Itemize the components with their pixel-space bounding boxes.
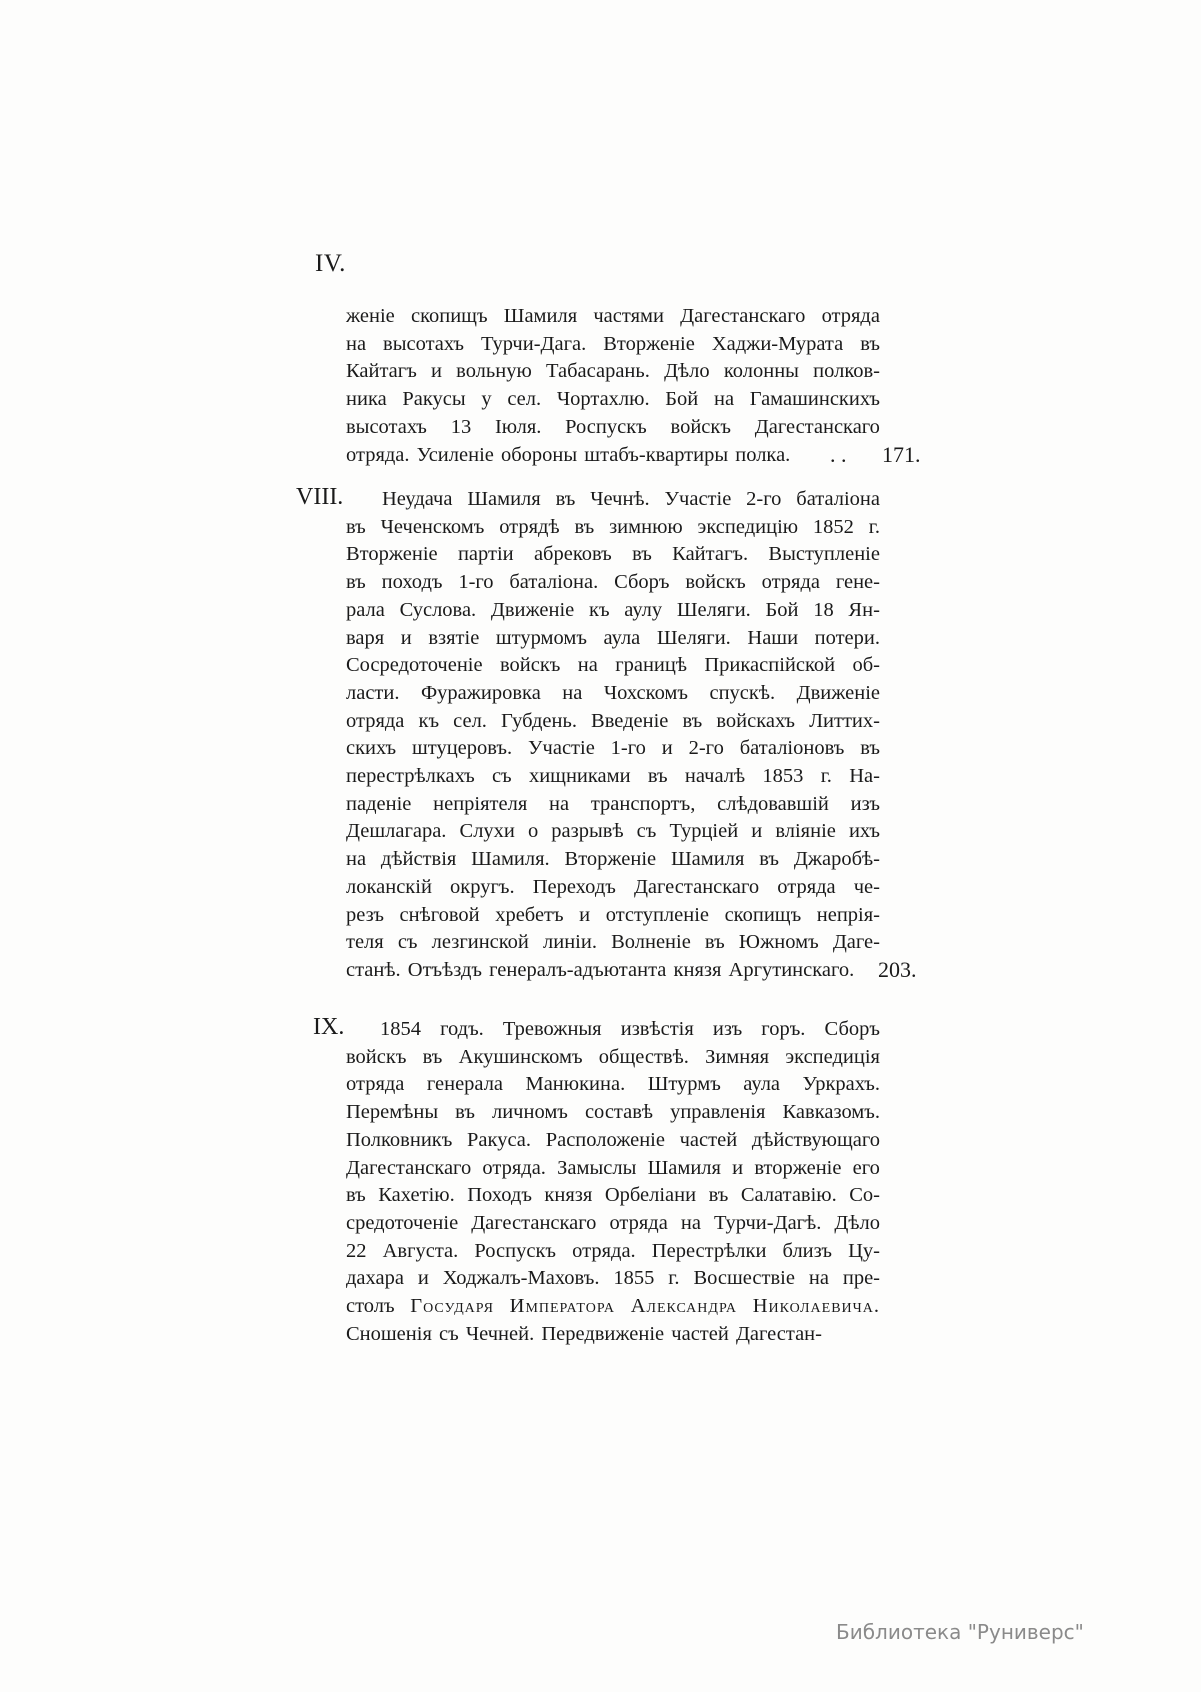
toc-line: Дагестанскагоотряда.ЗамыслыШамиляивторже… <box>346 1157 880 1180</box>
toc-line: КайтагъивольнуюТабасарань.Дѣлоколонныпол… <box>346 360 880 383</box>
toc-line: ПолковникъРакуса.Расположеніечастейдѣйст… <box>346 1129 880 1152</box>
chapter-numeral: VIII. <box>296 484 343 511</box>
toc-line: высотахъ13Іюля.РоспускъвойскъДагестанска… <box>346 416 880 439</box>
toc-line: 1854годъ.Тревожныяизвѣстіяизъгоръ.Сборъ <box>380 1018 880 1041</box>
toc-line: Сношенія съ Чечней. Передвиженіе частей … <box>346 1323 880 1346</box>
toc-line: локанскійокругъ.ПереходъДагестанскагоотр… <box>346 876 880 899</box>
toc-line: въКахетію.ПоходъкнязяОрбеліанивъСалатаві… <box>346 1184 880 1207</box>
toc-line: дахараиХоджалъ-Маховъ.1855г.Восшествіена… <box>346 1267 880 1290</box>
toc-line: отрядагенералаМанюкина.ШтурмъаулаУркрахъ… <box>346 1073 880 1096</box>
toc-line: столъГосударяИмператораАлександраНиколае… <box>346 1295 880 1318</box>
toc-line: ралаСуслова.ДвиженіекъаулуШеляги.Бой18Ян… <box>346 599 880 622</box>
toc-line: перестрѣлкахъсъхищникамивъначалѣ1853г.На… <box>346 765 880 788</box>
toc-line: варяивзятіештурмомъаулаШеляги.Нашипотери… <box>346 627 880 650</box>
dot-leader: . . <box>830 442 847 468</box>
toc-line: женіескопищъШамилячастямиДагестанскагоот… <box>346 305 880 328</box>
toc-line: паденіенепріятелянатранспортъ,слѣдовавші… <box>346 793 880 816</box>
toc-line: отрядакъсел.Губдень.ВведеніевъвойскахъЛи… <box>346 710 880 733</box>
toc-line: ПеремѣнывъличномъсоставѣуправленіяКавказ… <box>346 1101 880 1124</box>
toc-line: резъснѣговойхребетъиотступленіескопищъне… <box>346 904 880 927</box>
toc-line: въпоходъ1-гобаталіона.Сборъвойскъотрядаг… <box>346 571 880 594</box>
toc-line: НеудачаШамилявъЧечнѣ.Участіе2-гобаталіон… <box>382 488 880 511</box>
toc-line: въЧеченскомъотрядѣвъзимнююэкспедицію1852… <box>346 516 880 539</box>
toc-line: станѣ. Отъѣздъ генералъ-адъютанта князя … <box>346 959 880 982</box>
toc-line: никаРакусыусел.Чортахлю.БойнаГамашинских… <box>346 388 880 411</box>
toc-line: скихъштуцеровъ.Участіе1-гои2-гобаталіоно… <box>346 737 880 760</box>
toc-line: надѣйствіяШамиля.ВторженіеШамилявъДжароб… <box>346 848 880 871</box>
toc-line: СосредоточеніевойскънаграницѣПрикаспійск… <box>346 654 880 677</box>
toc-line: отряда. Усиленіе обороны штабъ-квартиры … <box>346 444 880 467</box>
toc-line: ВторженіепартіиабрековъвъКайтагъ.Выступл… <box>346 543 880 566</box>
toc-line: средоточеніеДагестанскагоотряданаТурчи-Д… <box>346 1212 880 1235</box>
library-watermark: Библиотека "Руниверс" <box>836 1620 1084 1644</box>
page-number: IV. <box>315 250 346 278</box>
toc-line: телясълезгинскойлиніи.ВолненіевъЮжномъДа… <box>346 931 880 954</box>
toc-line: войскъвъАкушинскомъобществѣ.Зимняяэкспед… <box>346 1046 880 1069</box>
chapter-numeral: IX. <box>313 1014 344 1041</box>
toc-line: навысотахъТурчи-Дага.ВторженіеХаджи-Мура… <box>346 333 880 356</box>
toc-line: 22Августа.Роспускъотряда.Перестрѣлкиблиз… <box>346 1240 880 1263</box>
page-reference: 171. <box>882 442 921 468</box>
toc-line: ласти.ФуражировканаЧохскомъспускѣ.Движен… <box>346 682 880 705</box>
toc-line: Дешлагара.СлухиоразрывѣсъТурціейивліяніе… <box>346 820 880 843</box>
page-reference: 203. <box>878 957 917 983</box>
